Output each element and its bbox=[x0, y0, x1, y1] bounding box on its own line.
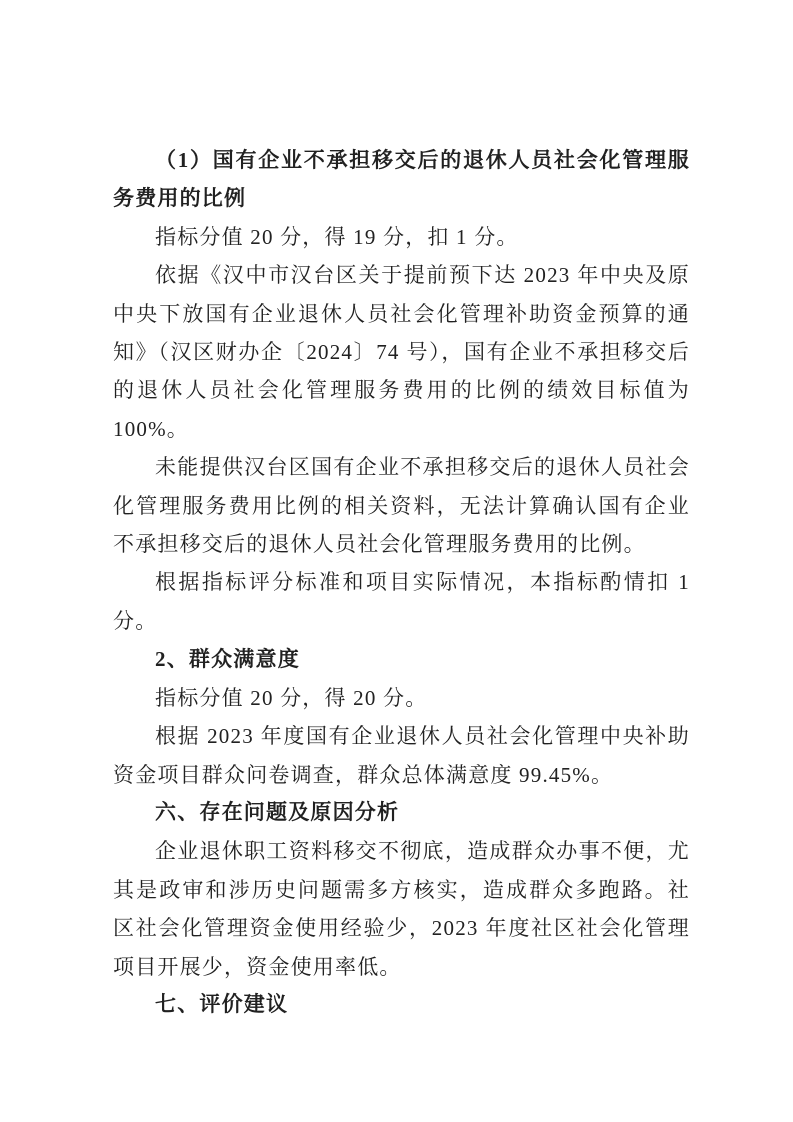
document-page: （1）国有企业不承担移交后的退休人员社会化管理服务费用的比例指标分值 20 分，… bbox=[0, 0, 793, 1122]
section-heading: （1）国有企业不承担移交后的退休人员社会化管理服务费用的比例 bbox=[113, 141, 690, 218]
body-paragraph: 依据《汉中市汉台区关于提前预下达 2023 年中央及原中央下放国有企业退休人员社… bbox=[113, 256, 690, 448]
body-paragraph: 根据 2023 年度国有企业退休人员社会化管理中央补助资金项目群众问卷调查，群众… bbox=[113, 717, 690, 794]
section-heading: 2、群众满意度 bbox=[113, 640, 690, 678]
document-body: （1）国有企业不承担移交后的退休人员社会化管理服务费用的比例指标分值 20 分，… bbox=[113, 141, 690, 1024]
body-paragraph: 企业退休职工资料移交不彻底，造成群众办事不便，尤其是政审和涉历史问题需多方核实，… bbox=[113, 832, 690, 986]
body-paragraph: 未能提供汉台区国有企业不承担移交后的退休人员社会化管理服务费用比例的相关资料，无… bbox=[113, 448, 690, 563]
section-heading: 六、存在问题及原因分析 bbox=[113, 794, 690, 832]
body-paragraph: 指标分值 20 分，得 19 分，扣 1 分。 bbox=[113, 218, 690, 256]
section-heading: 七、评价建议 bbox=[113, 986, 690, 1024]
body-paragraph: 指标分值 20 分，得 20 分。 bbox=[113, 679, 690, 717]
body-paragraph: 根据指标评分标准和项目实际情况，本指标酌情扣 1 分。 bbox=[113, 563, 690, 640]
